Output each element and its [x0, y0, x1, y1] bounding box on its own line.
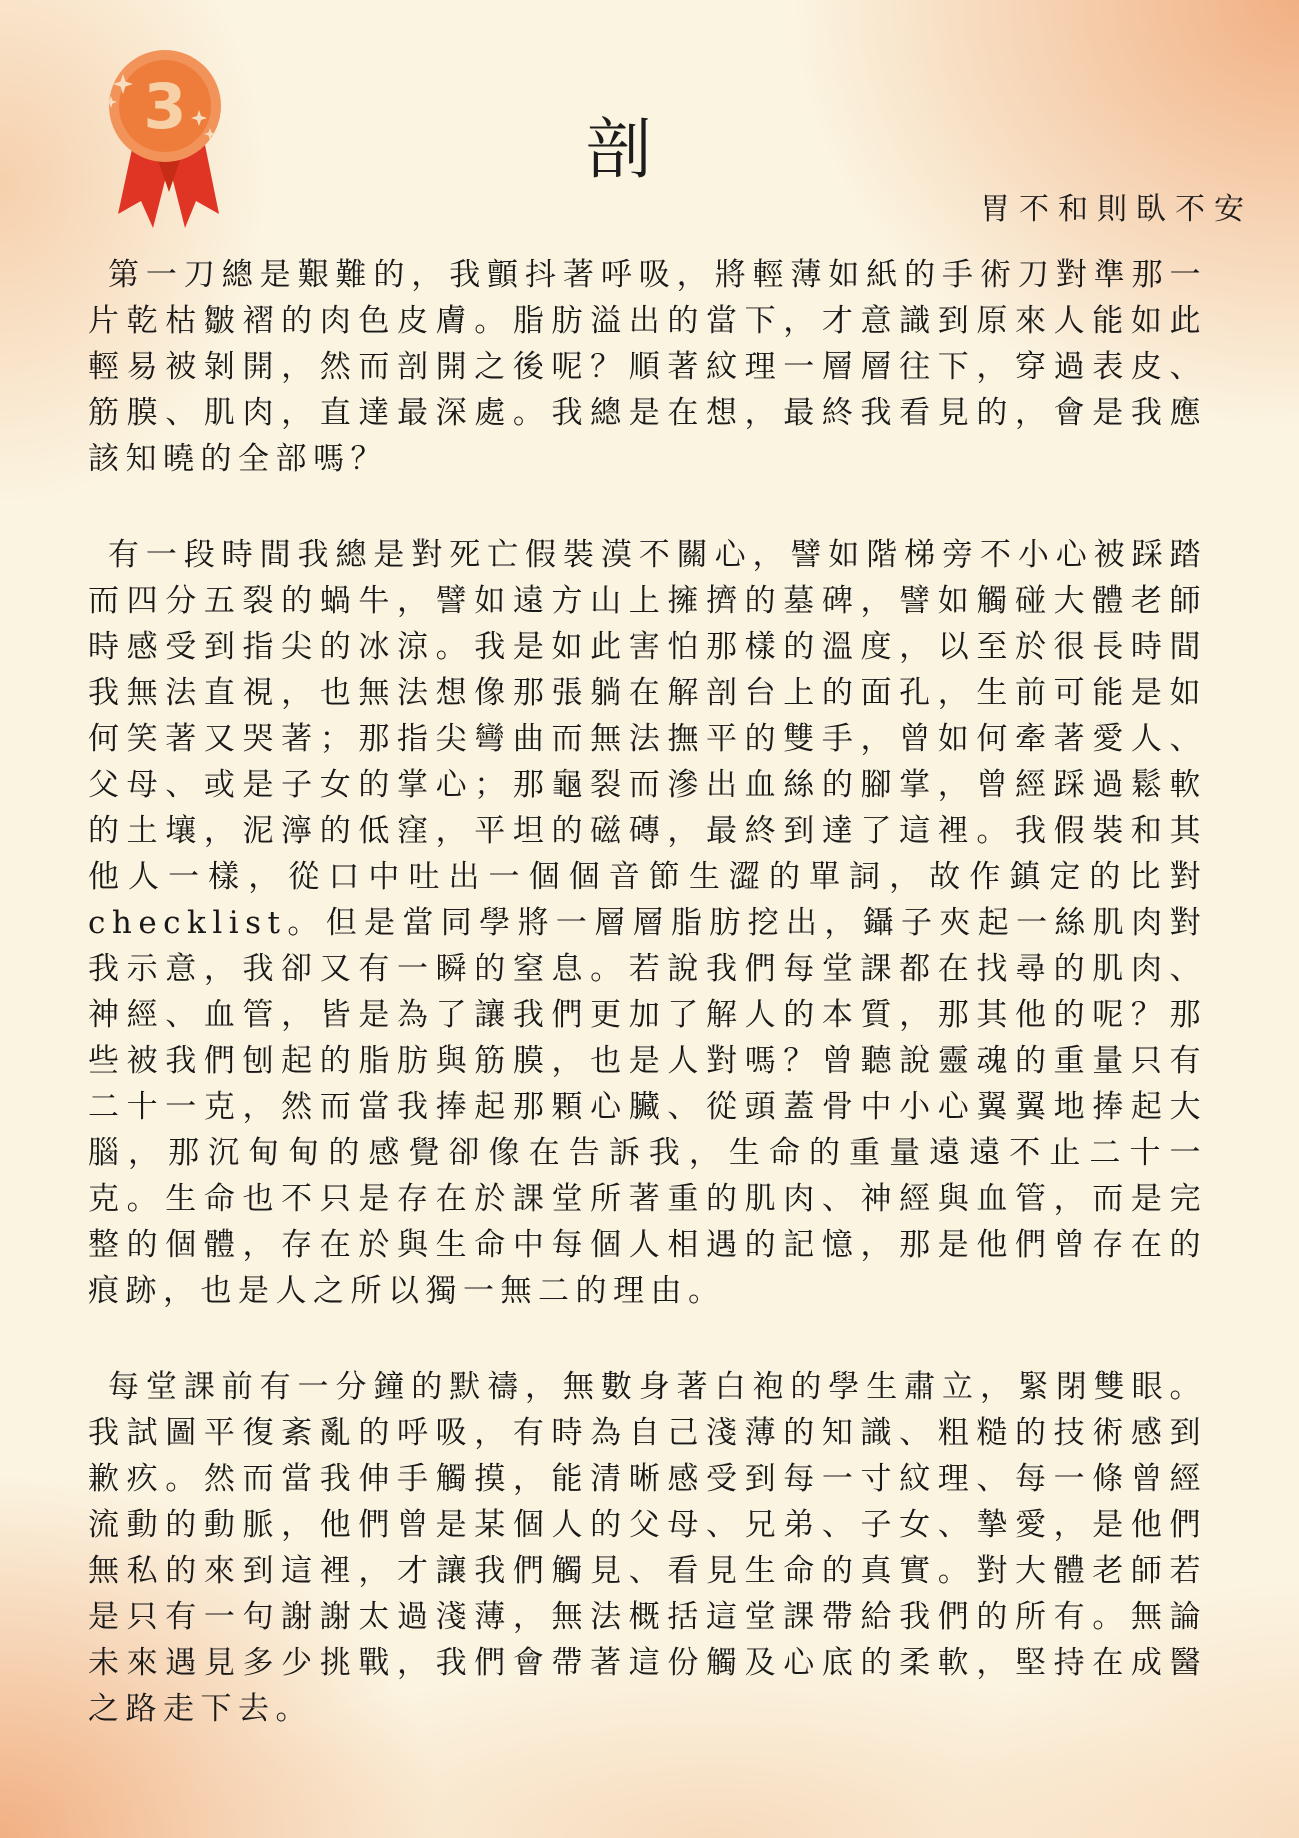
essay-page: 3 剖 胃不和則臥不安 第一刀總是艱難的，我顫抖著呼吸，將輕薄如紙的手術刀對準那…: [0, 0, 1299, 1838]
essay-paragraph-1: 第一刀總是艱難的，我顫抖著呼吸，將輕薄如紙的手術刀對準那一片乾枯皺褶的肉色皮膚。…: [88, 252, 1207, 482]
essay-paragraph-2: 有一段時間我總是對死亡假裝漠不關心，譬如階梯旁不小心被踩踏而四分五裂的蝸牛，譬如…: [88, 532, 1207, 1314]
essay-paragraph-3: 每堂課前有一分鐘的默禱，無數身著白袍的學生肅立，緊閉雙眼。我試圖平復紊亂的呼吸，…: [88, 1364, 1207, 1732]
essay-title: 剖: [0, 96, 1239, 191]
essay-subtitle: 胃不和則臥不安: [980, 184, 1253, 228]
essay-body: 第一刀總是艱難的，我顫抖著呼吸，將輕薄如紙的手術刀對準那一片乾枯皺褶的肉色皮膚。…: [88, 252, 1207, 1782]
